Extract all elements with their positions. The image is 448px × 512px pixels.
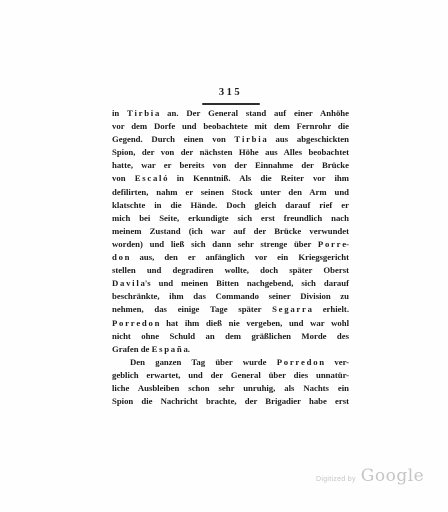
text-line: nicht ohne Schuld an dem gräßlichen Mord…	[112, 330, 349, 343]
page-header: 315	[112, 82, 349, 105]
google-watermark: Digitized by Google	[316, 466, 424, 486]
text-line: hatte, war er bereits von der Einnahme d…	[112, 159, 349, 172]
text-line: in T i r b i a an. Der General stand auf…	[112, 107, 349, 120]
text-line: Grafen de E s p a ñ a.	[112, 343, 349, 356]
text-line: geblich erwartet, und der General über d…	[112, 369, 349, 382]
text-line: Spion die Nachricht brachte, der Brigadi…	[112, 395, 349, 408]
text-line: beschränkte, ihm das Commando seiner Div…	[112, 290, 349, 303]
text-line: von E s c a l ó in Kenntniß. Als die Rei…	[112, 172, 349, 185]
text-line: defilirten, nahm er seinen Stock unter d…	[112, 186, 349, 199]
text-line: mich bei Seite, erkundigte sich erst fre…	[112, 212, 349, 225]
text-line: vor dem Dorfe und beobachtete mit dem Fe…	[112, 120, 349, 133]
text-line: P o r r e d o n hat ihm dieß nie vergebe…	[112, 317, 349, 330]
header-rule	[202, 103, 260, 105]
text-line: nehmen, das einige Tage später S e g a r…	[112, 303, 349, 316]
text-line: Gegend. Durch einen von T i r b i a aus …	[112, 133, 349, 146]
text-line: d o n aus, den er anfänglich vor ein Kri…	[112, 251, 349, 264]
text-line: meinem Zustand (ich war auf der Brücke v…	[112, 225, 349, 238]
text-line: D a v i l a's und meinen Bitten nachgebe…	[112, 277, 349, 290]
text-line: liche Ausbleiben schon sehr unruhig, als…	[112, 382, 349, 395]
book-page: 315 in T i r b i a an. Der General stand…	[0, 0, 448, 512]
text-block: in T i r b i a an. Der General stand auf…	[112, 107, 349, 408]
google-logo: Google	[361, 466, 424, 486]
text-line: worden) und ließ sich dann sehr strenge …	[112, 238, 349, 251]
page-number: 315	[219, 87, 242, 98]
digitized-by-label: Digitized by	[316, 476, 356, 483]
text-line: Spion, der von der nächsten Höhe aus All…	[112, 146, 349, 159]
text-line: klatschte in die Hände. Doch gleich dara…	[112, 199, 349, 212]
text-line: Den ganzen Tag über wurde P o r r e d o …	[112, 356, 349, 369]
text-line: stellen und degradiren wollte, doch spät…	[112, 264, 349, 277]
